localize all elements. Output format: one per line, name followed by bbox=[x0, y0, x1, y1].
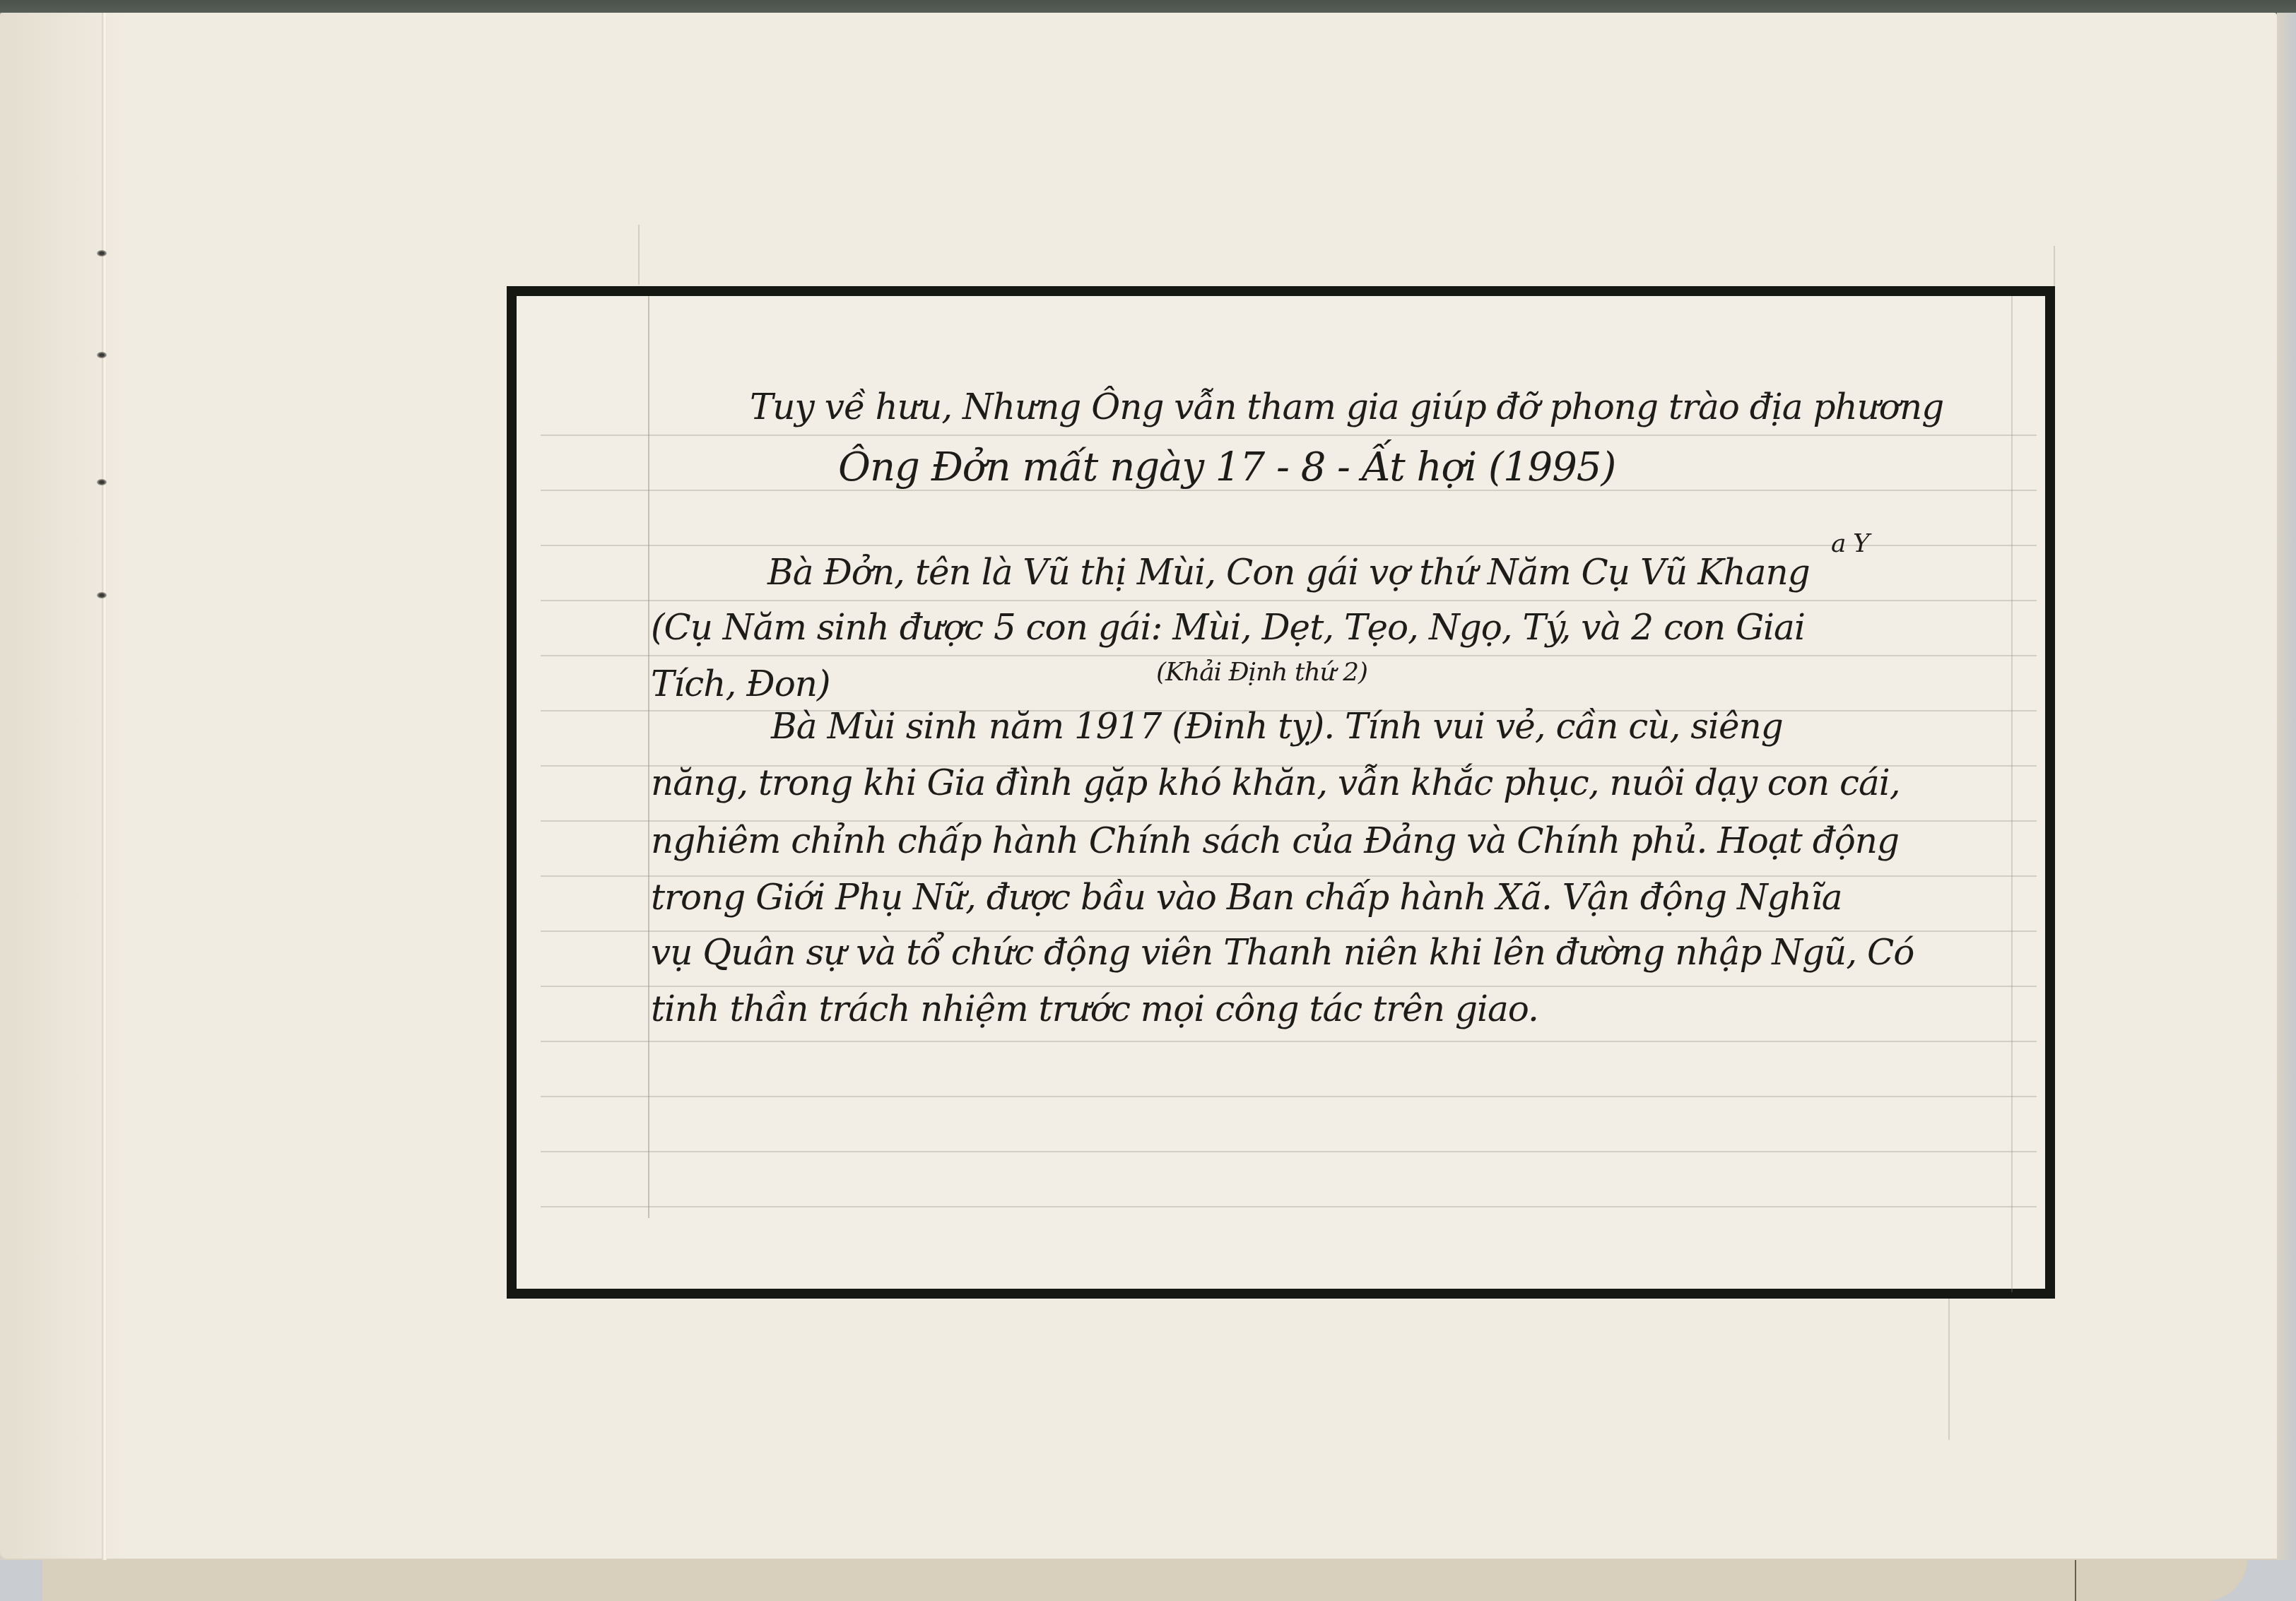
ruled-line bbox=[541, 435, 2037, 436]
handwritten-line-8: nghiêm chỉnh chấp hành Chính sách của Đả… bbox=[651, 820, 1899, 861]
ruled-line bbox=[541, 545, 2037, 546]
ruled-line bbox=[541, 600, 2037, 601]
binding-hole-icon bbox=[97, 479, 107, 485]
binding-hole-icon bbox=[97, 250, 107, 256]
ruled-line bbox=[541, 1096, 2037, 1097]
memorial-text-frame: Tuy về hưu, Nhưng Ông vẫn tham gia giúp … bbox=[507, 286, 2055, 1299]
ruled-line bbox=[541, 986, 2037, 987]
handwritten-line-5: Tích, Đon) bbox=[651, 663, 830, 704]
ruled-line bbox=[541, 1151, 2037, 1152]
underlying-page bbox=[42, 1554, 2247, 1601]
margin-line-extension bbox=[2054, 246, 2055, 287]
handwritten-line-3: Bà Đởn, tên là Vũ thị Mùi, Con gái vợ th… bbox=[767, 552, 1810, 593]
handwritten-line-4: (Cụ Năm sinh được 5 con gái: Mùi, Dẹt, T… bbox=[651, 607, 1805, 648]
handwritten-line-1: Tuy về hưu, Nhưng Ông vẫn tham gia giúp … bbox=[750, 386, 1943, 427]
ruled-line bbox=[541, 1206, 2037, 1207]
page-tear bbox=[2075, 1554, 2076, 1601]
binding-hole-icon bbox=[97, 592, 107, 598]
handwritten-line-2-death-date: Ông Đởn mất ngày 17 - 8 - Ất hợi (1995) bbox=[838, 444, 1615, 490]
binding-hole-icon bbox=[97, 352, 107, 358]
handwritten-line-11: tinh thần trách nhiệm trước mọi công tác… bbox=[651, 988, 1538, 1029]
right-margin-line bbox=[2011, 296, 2013, 1292]
handwritten-line-10: vụ Quân sự và tổ chức động viên Thanh ni… bbox=[651, 932, 1914, 973]
handwritten-line-9: trong Giới Phụ Nữ, được bầu vào Ban chấp… bbox=[651, 877, 1842, 918]
handwritten-line-7: năng, trong khi Gia đình gặp khó khăn, v… bbox=[651, 762, 1900, 803]
ruled-line bbox=[541, 1041, 2037, 1042]
spine-shadow bbox=[0, 13, 184, 1560]
notebook-page: Tuy về hưu, Nhưng Ông vẫn tham gia giúp … bbox=[0, 13, 2277, 1560]
handwritten-line-6-birth: Bà Mùi sinh năm 1917 (Đinh tỵ). Tính vui… bbox=[771, 706, 1783, 747]
ruled-line bbox=[541, 655, 2037, 656]
gutter-fold bbox=[102, 13, 107, 1560]
margin-line-extension bbox=[1948, 1299, 1950, 1440]
margin-line-extension bbox=[638, 225, 640, 285]
handwritten-annotation-khai-dinh: (Khải Định thứ 2) bbox=[1156, 658, 1367, 687]
page-right-edge bbox=[2277, 13, 2296, 1560]
handwritten-correction: a Y bbox=[1831, 529, 1869, 558]
